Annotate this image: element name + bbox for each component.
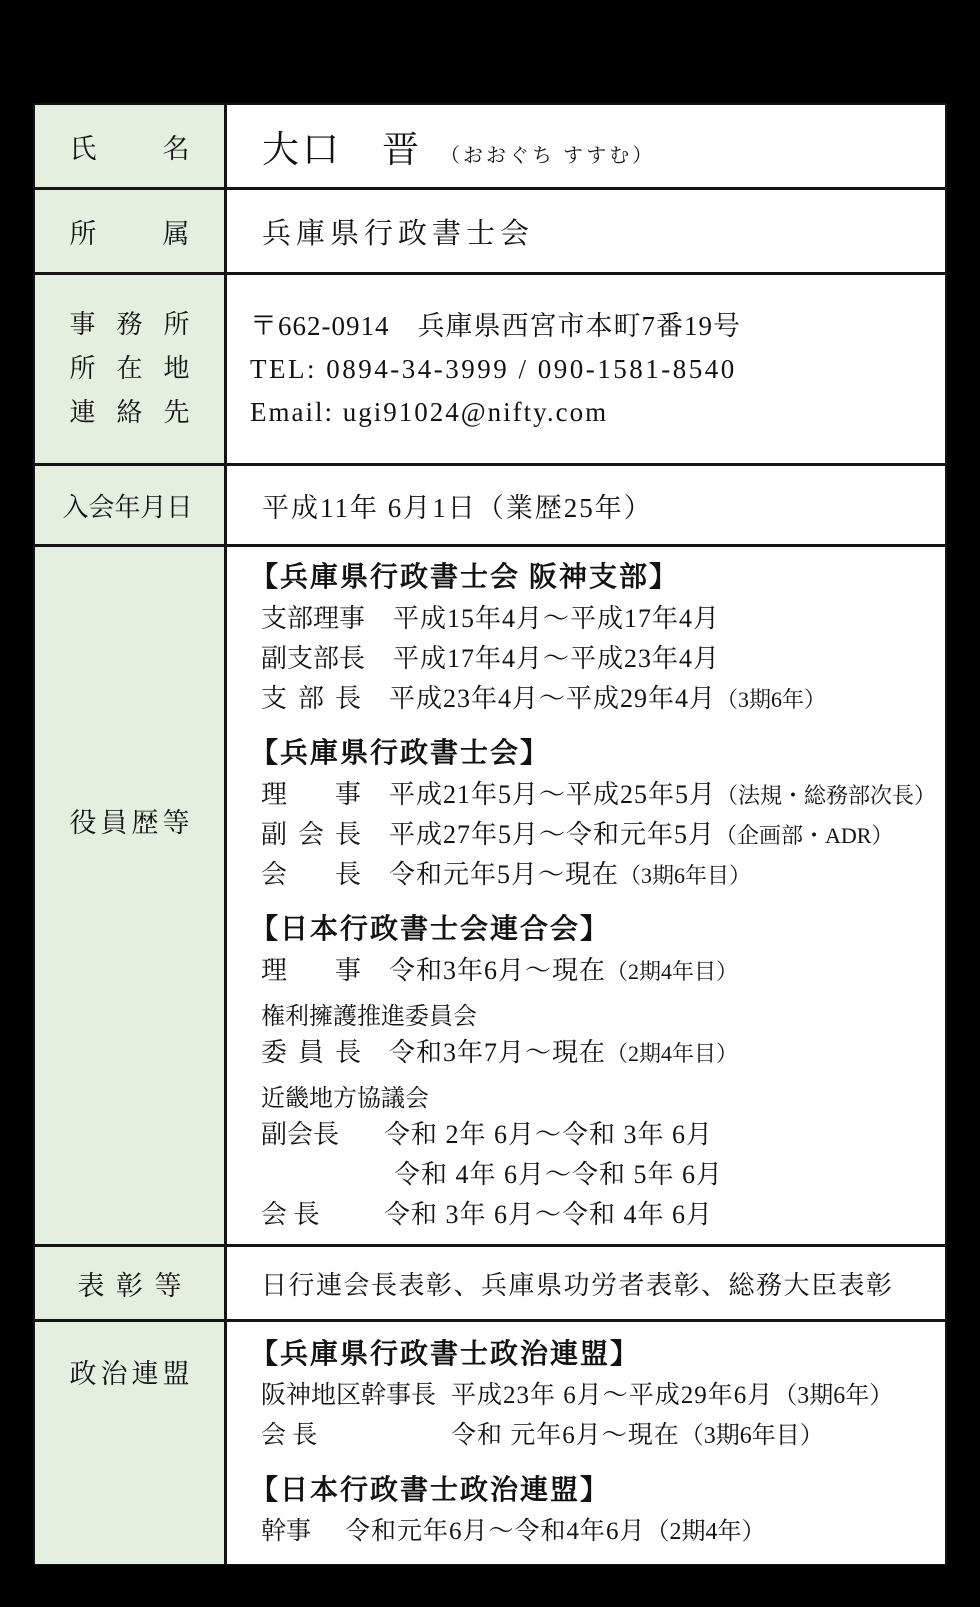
table-row-affiliation: 所属 兵庫県行政書士会 [35,190,945,275]
career-subcommittee-heading: 近畿地方協議会 [250,1083,945,1115]
table-row-office: 事務所 所在地 連絡先 〒662-0914 兵庫県西宮市本町7番19号 TEL:… [35,275,945,466]
career-item-note: （法規・総務部次長） [716,776,936,816]
career-item-role: 支部理事 [261,599,365,639]
person-name-furigana: （おおぐち すすむ） [440,139,655,168]
career-item-dates: 令和3年6月～現在 [389,951,606,991]
joined-content-cell: 平成11年 6月1日（業歴25年） [227,466,945,544]
politics-item-note: （2期4年） [646,1512,766,1552]
politics-item: 幹事 令和元年6月～令和4年6月 （2期4年） [250,1512,945,1552]
career-item-role: 副会長 [261,1115,373,1155]
affiliation-value: 兵庫県行政書士会 [250,211,945,252]
office-label-cell: 事務所 所在地 連絡先 [35,275,227,463]
politics-item: 阪神地区幹事長 平成23年 6月～平成29年6月 （3期6年） [250,1376,945,1416]
career-item-note: （2期4年目） [606,1034,738,1074]
profile-table: 氏名 大口 晋 （おおぐち すすむ） 所属 兵庫県行政書士会 事務所 所在地 [33,103,947,1565]
career-item-dates: 平成21年5月～平成25年5月 [389,775,716,815]
politics-section-heading: 【日本行政書士政治連盟】 [250,1470,945,1512]
career-item-role: 理事 [261,951,361,991]
career-item-dates: 平成23年4月～平成29年4月 [389,679,716,719]
politics-label: 政治連盟 [70,1352,190,1391]
career-item-note: （3期6年） [716,680,826,720]
office-email: Email: ugi91024@nifty.com [250,391,945,434]
career-item-dates: 令和3年7月～現在 [389,1033,606,1073]
career-item-dates: 令和元年5月～現在 [389,855,619,895]
joined-value: 平成11年 6月1日（業歴25年） [250,486,945,525]
career-item-dates: 平成15年4月～平成17年4月 [393,599,720,639]
table-row-awards: 表彰等 日行連会長表彰、兵庫県功労者表彰、総務大臣表彰 [35,1247,945,1322]
career-section-heading: 【兵庫県行政書士会 阪神支部】 [250,557,945,599]
page-background: 氏名 大口 晋 （おおぐち すすむ） 所属 兵庫県行政書士会 事務所 所在地 [0,0,980,1607]
joined-label-cell: 入会年月日 [35,466,227,544]
career-item-continuation: 令和 4年 6月～令和 5年 6月 [250,1155,945,1195]
career-section-heading: 【日本行政書士会連合会】 [250,909,945,951]
politics-label-cell: 政治連盟 [35,1322,227,1564]
career-item: 委員長 令和3年7月～現在 （2期4年目） [250,1033,945,1073]
career-item-dates: 平成17年4月～平成23年4月 [393,639,720,679]
politics-item-note: （3期6年目） [680,1416,824,1456]
politics-item-dates: 平成23年 6月～平成29年6月 [451,1376,773,1416]
career-item-role: 会長 [261,855,361,895]
career-item: 副支部長 平成17年4月～平成23年4月 [250,639,945,679]
career-label-cell: 役員歴等 [35,547,227,1244]
career-item: 支部長 平成23年4月～平成29年4月 （3期6年） [250,679,945,719]
office-content-cell: 〒662-0914 兵庫県西宮市本町7番19号 TEL: 0894-34-399… [227,275,945,463]
office-phone: TEL: 0894-34-3999 / 090-1581-8540 [250,348,945,391]
table-row-politics: 政治連盟 【兵庫県行政書士政治連盟】 阪神地区幹事長 平成23年 6月～平成29… [35,1322,945,1564]
awards-content-cell: 日行連会長表彰、兵庫県功労者表彰、総務大臣表彰 [227,1247,945,1319]
politics-item-role: 幹事 [261,1512,339,1552]
career-item-dates: 平成27年5月～令和元年5月 [389,815,715,855]
career-item: 支部理事 平成15年4月～平成17年4月 [250,599,945,639]
politics-section-heading: 【兵庫県行政書士政治連盟】 [250,1334,945,1376]
career-item-role: 副支部長 [261,639,365,679]
office-label-line3: 連絡先 [70,391,190,435]
career-item-dates: 令和 4年 6月～令和 5年 6月 [394,1155,723,1195]
career-label: 役員歴等 [70,801,190,840]
career-item-note: （企画部・ADR） [715,816,893,856]
name-line: 大口 晋 （おおぐち すすむ） [250,119,945,173]
joined-label: 入会年月日 [63,487,197,524]
career-item-role: 支部長 [261,679,361,719]
career-item-note: （3期6年目） [619,856,751,896]
awards-label: 表彰等 [78,1264,182,1303]
office-address: 〒662-0914 兵庫県西宮市本町7番19号 [250,305,945,348]
politics-item: 会 長 令和 元年6月～現在 （3期6年目） [250,1416,945,1456]
career-item-role: 副会長 [261,815,361,855]
career-item: 副会長 平成27年5月～令和元年5月 （企画部・ADR） [250,815,945,855]
office-label-line2: 所在地 [70,347,190,391]
career-item-note: （2期4年目） [606,952,738,992]
politics-item-dates: 令和 元年6月～現在 [451,1416,680,1456]
politics-item-role: 阪神地区幹事長 [261,1376,445,1416]
affiliation-content-cell: 兵庫県行政書士会 [227,190,945,272]
awards-value: 日行連会長表彰、兵庫県功労者表彰、総務大臣表彰 [250,1265,945,1302]
career-subcommittee-heading: 権利擁護推進委員会 [250,1001,945,1033]
name-label-cell: 氏名 [35,105,227,187]
career-item-role: 会 長 [261,1195,373,1235]
politics-item-note: （3期6年） [773,1376,893,1416]
career-item: 理事 平成21年5月～平成25年5月 （法規・総務部次長） [250,775,945,815]
career-section-heading: 【兵庫県行政書士会】 [250,733,945,775]
career-item-role: 理事 [261,775,361,815]
name-content-cell: 大口 晋 （おおぐち すすむ） [227,105,945,187]
career-item: 副会長 令和 2年 6月～令和 3年 6月 [250,1115,945,1155]
affiliation-label: 所属 [70,212,190,251]
person-name: 大口 晋 [262,119,422,173]
career-item-dates: 令和 2年 6月～令和 3年 6月 [384,1115,713,1155]
politics-item-role: 会 長 [261,1416,445,1456]
career-item: 理事 令和3年6月～現在 （2期4年目） [250,951,945,991]
office-label-line1: 事務所 [70,303,190,347]
career-item-role: 委員長 [261,1033,361,1073]
awards-label-cell: 表彰等 [35,1247,227,1319]
politics-item-dates: 令和元年6月～令和4年6月 [345,1512,646,1552]
career-item: 会 長 令和 3年 6月～令和 4年 6月 [250,1195,945,1235]
table-row-career: 役員歴等 【兵庫県行政書士会 阪神支部】 支部理事 平成15年4月～平成17年4… [35,547,945,1247]
name-label: 氏名 [70,127,190,166]
career-item-dates: 令和 3年 6月～令和 4年 6月 [384,1195,713,1235]
table-row-joined: 入会年月日 平成11年 6月1日（業歴25年） [35,466,945,547]
career-item: 会長 令和元年5月～現在 （3期6年目） [250,855,945,895]
affiliation-label-cell: 所属 [35,190,227,272]
politics-content-cell: 【兵庫県行政書士政治連盟】 阪神地区幹事長 平成23年 6月～平成29年6月 （… [227,1322,945,1564]
table-row-name: 氏名 大口 晋 （おおぐち すすむ） [35,105,945,190]
career-content-cell: 【兵庫県行政書士会 阪神支部】 支部理事 平成15年4月～平成17年4月 副支部… [227,547,945,1244]
